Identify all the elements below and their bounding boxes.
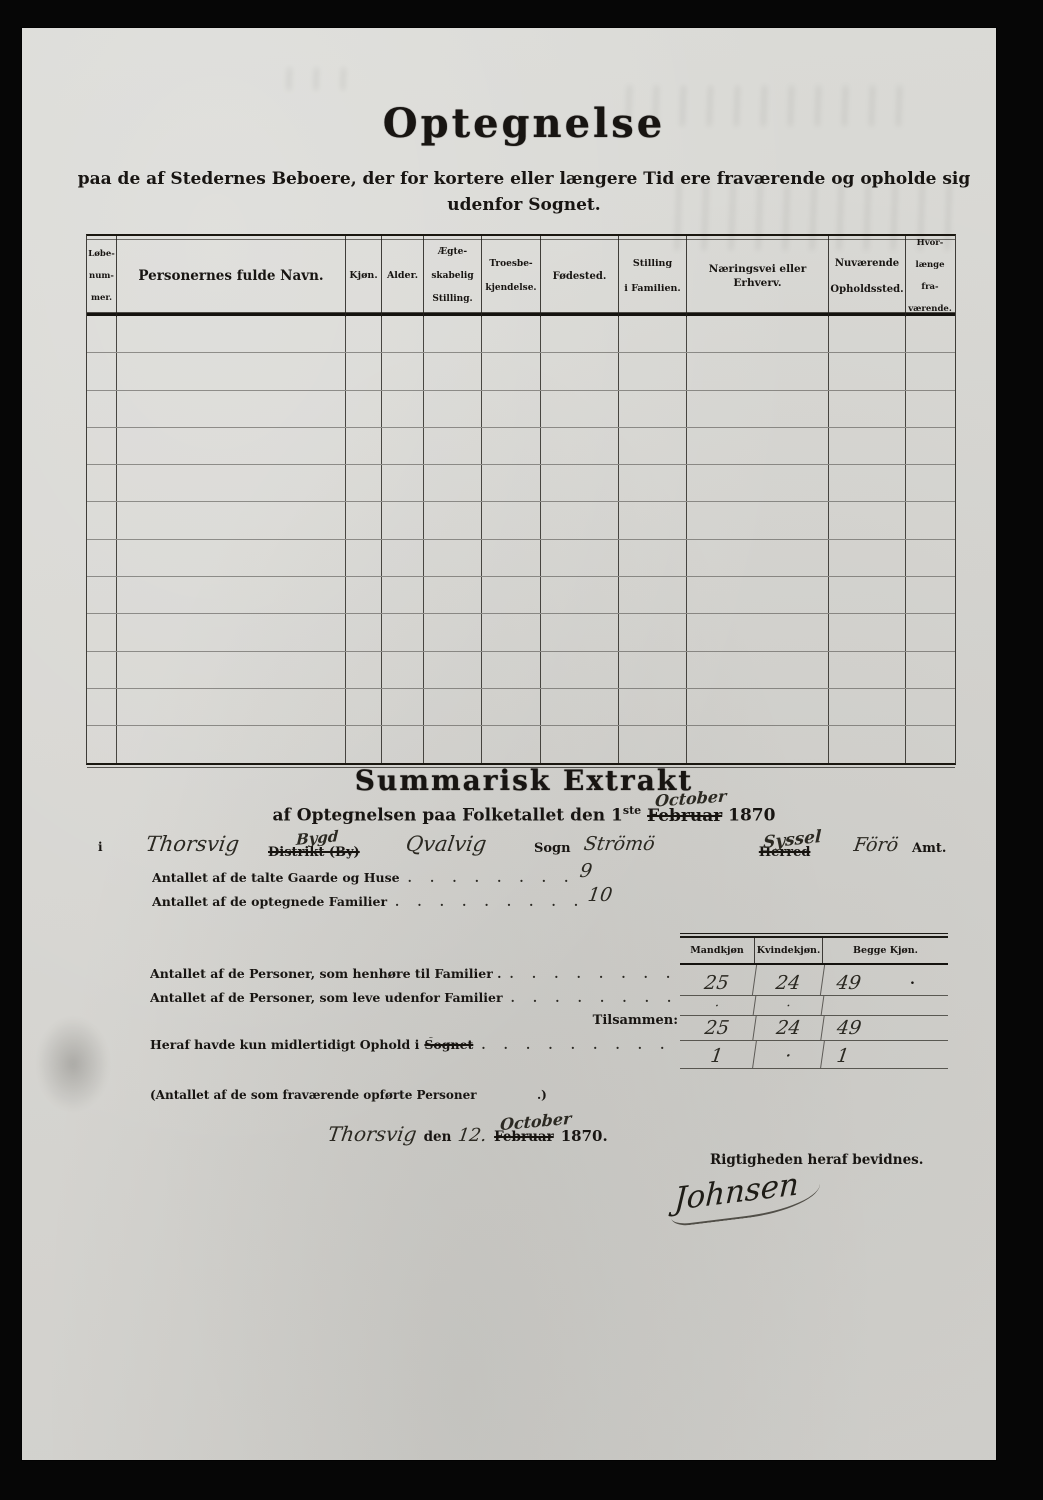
table-cell	[424, 652, 482, 688]
table-cell	[382, 391, 424, 427]
table-cell	[482, 614, 541, 650]
table-cell	[687, 726, 829, 762]
person-row-outside-families: Antallet af de Personer, som leve udenfo…	[150, 990, 676, 1005]
table-row	[87, 502, 955, 539]
table-cell	[87, 540, 117, 576]
column-header-line: Ægte-	[438, 247, 467, 259]
table-cell	[619, 391, 687, 427]
table-cell	[424, 614, 482, 650]
table-cell	[687, 652, 829, 688]
date-line: Thorsvig den 12. Februar October 1870.	[328, 1122, 608, 1146]
table-cell	[424, 316, 482, 352]
table-cell	[829, 428, 906, 464]
table-cell	[117, 428, 346, 464]
table-cell	[541, 428, 619, 464]
table-cell	[906, 502, 954, 538]
table-cell	[482, 577, 541, 613]
table-cell	[482, 465, 541, 501]
table-cell	[482, 689, 541, 725]
person-row-label: Antallet af de Personer, som henhøre til…	[150, 966, 502, 981]
table-cell	[424, 502, 482, 538]
column-header-line: Fødested.	[553, 270, 607, 283]
document-page: Optegnelse paa de af Stedernes Beboere, …	[22, 28, 996, 1460]
table-cell	[382, 540, 424, 576]
column-header: Stillingi Familien.	[619, 236, 687, 317]
table-row	[87, 353, 955, 390]
dateline-year: 1870.	[561, 1127, 608, 1145]
main-table-body	[87, 313, 955, 763]
column-header-line: Opholdssted.	[830, 283, 903, 296]
table-cell	[87, 614, 117, 650]
summary-col-female: Kvindekjøn.	[755, 938, 823, 963]
handwritten-count-families: 10	[586, 884, 613, 906]
column-header: Løbe-num-mer.	[87, 236, 117, 317]
column-header: Troesbe-kjendelse.	[482, 236, 541, 317]
table-cell	[87, 316, 117, 352]
table-cell	[687, 316, 829, 352]
table-cell	[829, 502, 906, 538]
table-cell	[87, 391, 117, 427]
handwritten-amt: Förö	[852, 834, 899, 856]
table-row	[87, 540, 955, 577]
summary-table: Mandkjøn Kvindekjøn. Begge Kjøn. 25 24 4…	[680, 933, 948, 1069]
table-cell	[687, 428, 829, 464]
table-cell	[619, 652, 687, 688]
table-cell	[541, 465, 619, 501]
person-row-temporary: Heraf havde kun midlertidigt Ophold i So…	[150, 1037, 676, 1052]
person-row-label: Antallet af de Personer, som leve udenfo…	[150, 990, 503, 1005]
handwritten-count-houses: 9	[578, 860, 593, 882]
table-cell	[687, 465, 829, 501]
table-row	[87, 726, 955, 762]
table-cell	[829, 353, 906, 389]
location-prefix: i	[98, 840, 103, 854]
table-cell	[482, 502, 541, 538]
value-male: 25	[678, 965, 757, 995]
table-cell	[117, 316, 346, 352]
table-cell	[687, 391, 829, 427]
count-row-families: Antallet af de optegnede Familier . . . …	[152, 894, 584, 909]
sognet-overwrite: Sognet bygden	[424, 1037, 473, 1052]
table-cell	[619, 465, 687, 501]
smudge-left-margin	[36, 1016, 110, 1112]
table-row	[87, 689, 955, 726]
table-cell	[687, 540, 829, 576]
table-cell	[117, 726, 346, 762]
table-cell	[906, 652, 954, 688]
table-cell	[346, 502, 382, 538]
table-cell	[382, 316, 424, 352]
dateline-month-overwrite: Februar October	[494, 1129, 554, 1145]
column-header: Hvor-længefra-værende.	[906, 236, 954, 317]
handwritten-parish: Qvalvig	[404, 832, 488, 856]
handwritten-day: 12.	[457, 1125, 489, 1146]
dot-leader: . . . . . . . . . . . . . . . . . . . .	[408, 871, 576, 885]
attestation-text: Rigtigheden heraf bevidnes.	[710, 1152, 923, 1168]
table-cell	[541, 316, 619, 352]
table-cell	[382, 465, 424, 501]
value-female: ·	[753, 1041, 825, 1068]
table-cell	[87, 652, 117, 688]
table-cell	[482, 726, 541, 762]
table-cell	[382, 353, 424, 389]
handwritten-island: Strömö	[582, 833, 656, 855]
table-cell	[906, 428, 954, 464]
column-header: Alder.	[382, 236, 424, 317]
month-overwrite: Februar October	[647, 806, 722, 826]
subtitle-line1: paa de af Stedernes Beboere, der for kor…	[37, 166, 1011, 192]
summary-row-in-families: 25 24 49	[680, 965, 948, 996]
table-cell	[87, 428, 117, 464]
table-cell	[906, 353, 954, 389]
document-title: Optegnelse	[383, 100, 665, 147]
table-row	[87, 465, 955, 502]
dot-leader: . . . . . . . . . . . . . . . . . . . .	[510, 967, 676, 981]
table-cell	[619, 726, 687, 762]
summary-row-total: 25 24 49	[680, 1016, 948, 1041]
table-cell	[906, 391, 954, 427]
table-cell	[829, 316, 906, 352]
table-cell	[346, 540, 382, 576]
summary-row-outside-families: · ·	[680, 996, 948, 1016]
value-both: 1	[821, 1041, 950, 1068]
amt-label: Amt.	[912, 841, 946, 856]
table-cell	[619, 540, 687, 576]
table-cell	[541, 391, 619, 427]
table-cell	[906, 577, 954, 613]
table-cell	[619, 577, 687, 613]
table-cell	[424, 353, 482, 389]
total-label: Tilsammen:	[452, 1013, 678, 1028]
column-header-line: Troesbe-	[489, 259, 532, 271]
column-header-line: skabelig	[431, 271, 473, 283]
table-cell	[829, 689, 906, 725]
table-cell	[424, 577, 482, 613]
dot-leader: . . . . . . . . . . . . . . . . . . . .	[511, 991, 676, 1005]
table-cell	[117, 465, 346, 501]
table-cell	[424, 391, 482, 427]
subtitle-line2: udenfor Sognet.	[37, 192, 1011, 218]
column-header: Fødested.	[541, 236, 619, 317]
table-cell	[117, 577, 346, 613]
summary-table-header: Mandkjøn Kvindekjøn. Begge Kjøn.	[680, 938, 948, 965]
table-cell	[117, 652, 346, 688]
table-cell	[829, 540, 906, 576]
table-cell	[687, 577, 829, 613]
value-male: ·	[679, 996, 757, 1015]
table-cell	[829, 652, 906, 688]
table-cell	[87, 465, 117, 501]
table-row	[87, 316, 955, 353]
table-cell	[541, 689, 619, 725]
table-row	[87, 614, 955, 651]
column-header-line: Stilling	[633, 258, 672, 270]
table-cell	[541, 502, 619, 538]
table-cell	[424, 540, 482, 576]
table-cell	[619, 502, 687, 538]
table-cell	[346, 391, 382, 427]
table-cell	[829, 465, 906, 501]
table-cell	[346, 577, 382, 613]
stray-dot: .	[910, 972, 915, 988]
column-header-line: Næringsvei eller Erhverv.	[688, 263, 827, 290]
column-header-line: kjendelse.	[485, 283, 536, 295]
sogn-label: Sogn	[534, 841, 571, 856]
extract-subtitle-year: 1870	[728, 806, 775, 826]
handwritten-district-word: Bygd	[296, 827, 339, 849]
table-cell	[482, 316, 541, 352]
table-cell	[346, 316, 382, 352]
table-cell	[829, 391, 906, 427]
table-cell	[346, 614, 382, 650]
table-cell	[87, 726, 117, 762]
dateline-den: den	[424, 1129, 452, 1145]
table-cell	[687, 502, 829, 538]
table-row	[87, 577, 955, 614]
table-cell	[382, 726, 424, 762]
column-header-line: mer.	[91, 293, 112, 304]
table-cell	[482, 652, 541, 688]
handwritten-place: Thorsvig	[144, 832, 240, 856]
table-cell	[687, 353, 829, 389]
district-overwrite: Distrikt (By) Bygd	[268, 845, 360, 860]
table-cell	[829, 726, 906, 762]
footnote-open: (Antallet af de som fraværende opførte P…	[150, 1088, 477, 1102]
column-header: NuværendeOpholdssted.	[829, 236, 906, 317]
table-cell	[117, 353, 346, 389]
extract-subtitle-sup: ste	[623, 804, 641, 817]
table-cell	[619, 614, 687, 650]
table-cell	[906, 614, 954, 650]
table-cell	[541, 614, 619, 650]
column-header-line: Alder.	[387, 270, 418, 282]
footnote: (Antallet af de som fraværende opførte P…	[150, 1088, 547, 1102]
table-cell	[87, 502, 117, 538]
table-cell	[346, 428, 382, 464]
table-cell	[346, 689, 382, 725]
table-cell	[87, 689, 117, 725]
count-row-houses: Antallet af de talte Gaarde og Huse . . …	[152, 870, 576, 885]
table-cell	[906, 316, 954, 352]
summary-row-temporary: 1 · 1	[680, 1041, 948, 1069]
scan-background: { "page": { "title": "Optegnelse", "subt…	[0, 0, 1043, 1500]
table-cell	[382, 689, 424, 725]
table-cell	[117, 689, 346, 725]
column-header-line: Nuværende	[835, 257, 899, 270]
ghost-pencil-marks-small	[272, 68, 362, 90]
table-row	[87, 391, 955, 428]
table-cell	[687, 614, 829, 650]
table-cell	[829, 577, 906, 613]
table-cell	[382, 614, 424, 650]
value-male: 25	[678, 1016, 756, 1040]
column-header: Kjøn.	[346, 236, 382, 317]
value-female: 24	[753, 965, 825, 995]
table-cell	[117, 540, 346, 576]
record-table: Løbe-num-mer.Personernes fulde Navn.Kjøn…	[86, 234, 956, 765]
table-cell	[424, 689, 482, 725]
struck-sognet: Sognet	[424, 1037, 473, 1052]
table-cell	[346, 465, 382, 501]
value-both: 49	[821, 1016, 949, 1040]
column-header-line: værende.	[908, 304, 952, 315]
table-cell	[541, 577, 619, 613]
table-cell	[482, 428, 541, 464]
table-cell	[541, 726, 619, 762]
column-header-line: Løbe-	[88, 249, 115, 260]
table-cell	[541, 353, 619, 389]
table-cell	[346, 652, 382, 688]
extract-title-block: Summarisk Extrakt	[37, 764, 1011, 797]
table-cell	[541, 652, 619, 688]
column-header: Ægte-skabeligStilling.	[424, 236, 482, 317]
column-header-line: Hvor-	[917, 238, 944, 249]
summary-col-male: Mandkjøn	[680, 938, 755, 963]
subtitle-block: paa de af Stedernes Beboere, der for kor…	[37, 166, 1011, 218]
column-header-line: i Familien.	[624, 283, 680, 295]
value-both: 49	[821, 965, 950, 995]
table-cell	[619, 316, 687, 352]
table-cell	[687, 689, 829, 725]
column-header: Næringsvei eller Erhverv.	[687, 236, 829, 317]
table-cell	[906, 689, 954, 725]
table-cell	[87, 577, 117, 613]
table-cell	[117, 391, 346, 427]
column-header: Personernes fulde Navn.	[117, 236, 346, 317]
table-cell	[424, 428, 482, 464]
table-cell	[619, 689, 687, 725]
handwritten-herred-word: Syssel	[763, 827, 822, 853]
table-row	[87, 652, 955, 689]
table-cell	[619, 353, 687, 389]
table-cell	[482, 353, 541, 389]
table-cell	[382, 428, 424, 464]
table-cell	[482, 391, 541, 427]
summary-table-inner: Mandkjøn Kvindekjøn. Begge Kjøn. 25 24 4…	[680, 936, 948, 1069]
column-header-line: Stilling.	[432, 294, 472, 306]
table-cell	[346, 353, 382, 389]
table-cell	[382, 652, 424, 688]
count-label: Antallet af de optegnede Familier	[152, 894, 387, 909]
extract-subtitle: af Optegnelsen paa Folketallet den 1ste …	[37, 804, 1011, 826]
extract-title: Summarisk Extrakt	[355, 764, 693, 797]
value-male: 1	[678, 1041, 757, 1068]
table-cell	[829, 614, 906, 650]
table-cell	[382, 577, 424, 613]
handwritten-dateline-place: Thorsvig	[326, 1122, 418, 1146]
extract-subtitle-prefix: af Optegnelsen paa Folketallet den 1	[273, 806, 623, 826]
person-row-label-prefix: Heraf havde kun midlertidigt Ophold i	[150, 1037, 419, 1052]
title-block: Optegnelse	[37, 100, 1011, 147]
table-cell	[619, 428, 687, 464]
table-row	[87, 428, 955, 465]
table-cell	[906, 540, 954, 576]
table-cell	[424, 726, 482, 762]
table-cell	[382, 502, 424, 538]
column-header-line: num-	[89, 271, 114, 282]
main-table-header: Løbe-num-mer.Personernes fulde Navn.Kjøn…	[87, 236, 955, 313]
value-female: 24	[753, 1016, 824, 1040]
person-row-in-families: Antallet af de Personer, som henhøre til…	[150, 966, 676, 981]
column-header-line: Kjøn.	[349, 270, 377, 282]
table-cell	[117, 614, 346, 650]
table-cell	[424, 465, 482, 501]
value-female: ·	[754, 996, 825, 1015]
summary-col-both: Begge Kjøn.	[823, 938, 948, 963]
value-both	[822, 996, 950, 1015]
table-cell	[906, 465, 954, 501]
table-cell	[482, 540, 541, 576]
table-cell	[117, 502, 346, 538]
column-header-line: Personernes fulde Navn.	[138, 268, 323, 286]
footnote-close: .)	[537, 1088, 547, 1102]
herred-overwrite: Herred Syssel	[759, 845, 811, 860]
table-cell	[87, 353, 117, 389]
column-header-line: længe	[915, 260, 944, 271]
table-cell	[906, 726, 954, 762]
column-header-line: fra-	[921, 282, 938, 293]
dot-leader: . . . . . . . . . . . . . . . . . . . . …	[395, 895, 584, 909]
dot-leader: . . . . . . . . . . . . . . . .	[481, 1038, 676, 1052]
count-label: Antallet af de talte Gaarde og Huse	[152, 870, 400, 885]
table-cell	[346, 726, 382, 762]
table-cell	[541, 540, 619, 576]
